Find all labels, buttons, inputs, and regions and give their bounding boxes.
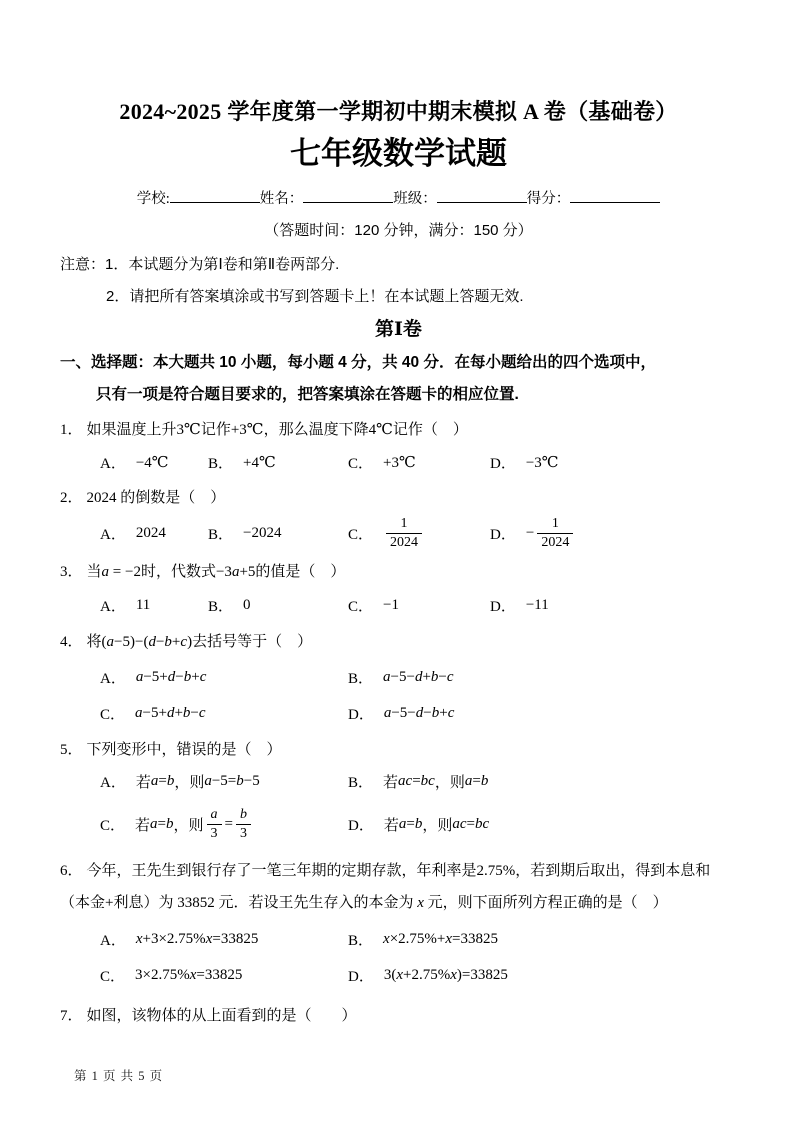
math-run: 2.75% [477,863,516,879]
math-variable: bc [421,773,435,790]
question-3: 3．当a = −2时，代数式−3a+5的值是（ ）A．11B．0C．−1D．−1… [60,562,737,616]
math-variable: d [167,705,175,722]
question-options: A．11B．0C．−1D．−11 [60,595,737,616]
math-variable: x [396,967,403,984]
question-number: 6． [60,863,83,879]
option-B: B．+4℃ [208,452,348,473]
page-number: 第 1 页 共 5 页 [74,1066,163,1084]
option-A: A．若a=b，则a−5=b−5 [100,771,348,792]
question-5: 5．下列变形中，错误的是（ ）A．若a=b，则a−5=b−5B．若ac=bc，则… [60,740,737,841]
math-variable: a [107,634,115,650]
option-label: B． [348,667,373,688]
text-run: 记作（ ） [393,422,468,438]
math-run: − [438,669,446,686]
student-info-row: 学校: 姓名： 班级： 得分： [60,187,737,208]
text-run: 的值是（ ） [255,564,345,580]
option-label: C． [100,814,125,835]
option-C: C．−1 [348,595,490,616]
option-label: B． [208,595,233,616]
math-run: = [158,816,166,833]
class-field: 班级： [393,187,527,208]
option-label: D． [490,523,516,544]
text-run: 若 [384,814,399,835]
name-field: 姓名： [260,187,394,208]
text-run: 今年，王先生到银行存了一笔三年期的定期存款，年利率是 [87,863,477,879]
text-run: 元．若设王先生存入的本金为 [215,895,418,911]
math-run: −5+ [143,705,167,722]
math-run: −1 [383,597,399,614]
notice-line-1: 注意：1．本试题分为第Ⅰ卷和第Ⅱ卷两部分. [60,249,737,281]
option-C: C．12024 [348,516,490,550]
math-run: ×2.75%+ [390,931,446,948]
math-run: = [158,773,166,790]
question-2: 2．2024 的倒数是（ ）A．2024B．−2024C．12024D．−120… [60,488,737,550]
score-blank-line [570,189,660,203]
math-variable: x [383,931,390,948]
school-blank-line [170,189,260,203]
option-label: B． [348,929,373,950]
math-run: = [406,816,414,833]
text-run: 去括号等于（ ） [192,634,312,650]
option-C: C．3×2.75%x=33825 [100,965,348,986]
text-run: 2024 的倒数是（ ） [87,490,226,506]
math-run: =33825 [452,931,498,948]
math-run: −5+ [143,669,167,686]
notice-block: 注意：1．本试题分为第Ⅰ卷和第Ⅱ卷两部分. 2．请把所有答案填涂或书写到答题卡上… [60,249,737,313]
option-label: D． [490,595,516,616]
math-variable: bc [475,816,489,833]
option-label: A． [100,523,126,544]
math-variable: d [148,634,156,650]
option-A: A．a−5+d−b+c [100,667,348,688]
option-C: C．若a=b，则a3=b3 [100,807,348,841]
math-run: + [174,705,182,722]
math-run: − [423,705,431,722]
question-number: 1． [60,422,83,438]
question-number: 3． [60,564,83,580]
math-variable: a [151,773,159,790]
math-variable: a [465,773,473,790]
class-label: 班级： [393,191,437,207]
option-C: C．a−5+d+b−c [100,703,348,724]
math-run: = [467,816,475,833]
text-run: 下列变形中，错误的是（ ） [87,742,282,758]
math-run: = −2 [109,564,141,580]
section-heading: 一、选择题：本大题共 10 小题，每小题 4 分，共 40 分．在每小题给出的四… [60,347,737,411]
math-run: +5 [239,564,255,580]
text-run: 元，则下面所列方程正确的是（ ） [424,895,668,911]
score-label: 得分： [527,191,571,207]
question-options: A．a−5+d−b+cB．a−5−d+b−cC．a−5+d+b−cD．a−5−d… [60,667,737,724]
question-stem: 2．2024 的倒数是（ ） [60,488,737,509]
math-variable: b [184,669,192,686]
question-1: 1．如果温度上升3℃记作+3℃，那么温度下降4℃记作（ ）A．−4℃B．+4℃C… [60,420,737,473]
math-run: = [412,773,420,790]
math-variable: b [164,634,172,650]
math-variable: x [206,931,213,948]
math-run: − [175,669,183,686]
math-run: 4℃ [369,422,393,438]
math-run: =33825 [212,931,258,948]
school-label: 学校: [137,191,170,207]
option-label: C． [348,523,373,544]
text-run: 时，代数式 [141,564,216,580]
math-run: +3×2.75% [143,931,206,948]
math-variable: a [204,773,212,790]
text-run: ，则 [435,771,465,792]
option-label: C． [348,452,373,473]
question-stem: 7．如图，该物体的从上面看到的是（ ） [60,1006,737,1027]
question-options: A．2024B．−2024C．12024D．−12024 [60,516,737,550]
math-variable: x [450,967,457,984]
option-A: A．x+3×2.75%x=33825 [100,929,348,950]
option-D: D．−12024 [490,516,737,550]
fraction: a3 [207,807,222,841]
option-D: D．3(x+2.75%x)=33825 [348,965,737,986]
math-variable: b [415,816,423,833]
math-variable: b [183,705,191,722]
text-run: ，则 [422,814,452,835]
math-run: −3℃ [526,453,559,472]
question-options: A．若a=b，则a−5=b−5B．若ac=bc，则a=bC．若a=b，则a3=b… [60,771,737,841]
questions: 1．如果温度上升3℃记作+3℃，那么温度下降4℃记作（ ）A．−4℃B．+4℃C… [60,420,737,1027]
math-variable: x [136,931,143,948]
question-stem: 1．如果温度上升3℃记作+3℃，那么温度下降4℃记作（ ） [60,420,737,441]
option-label: B． [208,452,233,473]
math-variable: x [445,931,452,948]
text-run: 如图，该物体的从上面看到的是（ ） [87,1008,357,1024]
math-run: 0 [243,597,251,614]
math-variable: ac [398,773,412,790]
math-variable: d [416,705,424,722]
math-variable: b [236,773,244,790]
question-options: A．−4℃B．+4℃C．+3℃D．−3℃ [60,452,737,473]
option-label: B． [208,523,233,544]
question-stem: 3．当a = −2时，代数式−3a+5的值是（ ） [60,562,737,583]
option-C: C．+3℃ [348,452,490,473]
text-run: 若 [136,771,151,792]
math-run: 3℃ [177,422,201,438]
math-variable: c [447,669,454,686]
school-field: 学校: [137,187,260,208]
option-B: B．x×2.75%+x=33825 [348,929,737,950]
math-variable: a [383,669,391,686]
exam-time-info: （答题时间：120 分钟，满分：150 分） [60,219,737,240]
question-number: 2． [60,490,83,506]
option-D: D．a−5−d−b+c [348,703,737,724]
question-number: 7． [60,1008,83,1024]
option-label: A． [100,595,126,616]
math-run: −5 [244,773,260,790]
math-variable: x [417,895,424,911]
option-D: D．若a=b，则ac=bc [348,814,737,835]
math-variable: b [432,705,440,722]
score-field: 得分： [527,187,661,208]
option-label: D． [348,703,374,724]
option-label: C． [348,595,373,616]
math-variable: d [168,669,176,686]
math-run: + [191,669,199,686]
name-label: 姓名： [260,191,304,207]
math-variable: b [167,773,175,790]
math-variable: a [135,705,143,722]
math-run: −5− [391,669,415,686]
option-label: A． [100,667,126,688]
math-run: +4℃ [243,453,276,472]
question-stem: 4．将(a−5)−(d−b+c)去括号等于（ ） [60,632,737,653]
class-blank-line [437,189,527,203]
question-6: 6．今年，王先生到银行存了一笔三年期的定期存款，年利率是2.75%，若到期后取出… [60,855,737,986]
option-label: D． [348,814,374,835]
math-run: + [439,705,447,722]
fraction: 12024 [537,516,573,550]
math-variable: a [150,816,158,833]
text-run: ，则 [174,814,204,835]
option-B: B．a−5−d+b−c [348,667,737,688]
option-label: C． [100,703,125,724]
option-label: C． [100,965,125,986]
text-run: 当 [87,564,102,580]
section-heading-line-1: 一、选择题：本大题共 10 小题，每小题 4 分，共 40 分．在每小题给出的四… [60,347,737,379]
option-label: B． [348,771,373,792]
option-D: D．−11 [490,595,737,616]
math-run: −5− [391,705,415,722]
option-label: A． [100,452,126,473]
name-blank-line [303,189,393,203]
text-run: 如果温度上升 [87,422,177,438]
option-A: A．−4℃ [100,452,208,473]
math-variable: b [481,773,489,790]
option-label: A． [100,771,126,792]
option-B: B．0 [208,595,348,616]
math-run: − [190,705,198,722]
math-variable: a [102,564,110,580]
option-B: B．−2024 [208,523,348,544]
math-run: −11 [526,597,549,614]
question-7: 7．如图，该物体的从上面看到的是（ ） [60,1006,737,1027]
math-run: −2024 [243,525,281,542]
math-run: − [526,525,534,542]
math-run: 11 [136,597,150,614]
math-variable: c [448,705,455,722]
math-run: 3( [384,967,397,984]
math-run: −5= [212,773,236,790]
option-D: D．−3℃ [490,452,737,473]
text-run: ，则 [174,771,204,792]
text-run: 若 [135,814,150,835]
math-run: =33825 [196,967,242,984]
text-run: ，那么温度下降 [264,422,369,438]
math-run: 3×2.75% [135,967,190,984]
math-variable: d [415,669,423,686]
exam-page: 2024~2025 学年度第一学期初中期末模拟 A 卷（基础卷） 七年级数学试题… [0,0,793,1122]
fraction: b3 [236,807,251,841]
question-4: 4．将(a−5)−(d−b+c)去括号等于（ ）A．a−5+d−b+cB．a−5… [60,632,737,724]
math-run: +2.75% [403,967,450,984]
math-run: −5)−( [114,634,148,650]
question-stem: 5．下列变形中，错误的是（ ） [60,740,737,761]
math-variable: ac [452,816,466,833]
text-run: 记作 [201,422,231,438]
math-variable: b [431,669,439,686]
math-run: +3℃ [383,453,416,472]
math-run: )=33825 [457,967,508,984]
exam-title: 2024~2025 学年度第一学期初中期末模拟 A 卷（基础卷） [60,98,737,126]
math-run: +3℃ [231,422,264,438]
option-B: B．若ac=bc，则a=b [348,771,737,792]
question-options: A．x+3×2.75%x=33825B．x×2.75%+x=33825C．3×2… [60,929,737,986]
question-stem: 6．今年，王先生到银行存了一笔三年期的定期存款，年利率是2.75%，若到期后取出… [60,855,737,919]
math-run: −3 [216,564,232,580]
exam-subtitle: 七年级数学试题 [60,135,737,172]
question-number: 5． [60,742,83,758]
math-run: 2024 [136,525,166,542]
math-variable: c [199,705,206,722]
math-variable: a [136,669,144,686]
math-variable: a [384,705,392,722]
math-variable: x [190,967,197,984]
math-run: 33852 [177,895,215,911]
math-run: + [422,669,430,686]
option-A: A．2024 [100,523,208,544]
option-label: D． [490,452,516,473]
option-label: D． [348,965,374,986]
math-run: = [225,816,233,833]
math-run: −4℃ [136,453,169,472]
section-heading-line-2: 只有一项是符合题目要求的，把答案填涂在答题卡的相应位置. [60,379,737,411]
question-number: 4． [60,634,83,650]
option-label: A． [100,929,126,950]
text-run: 若 [383,771,398,792]
math-run: = [472,773,480,790]
math-variable: c [200,669,207,686]
option-A: A．11 [100,595,208,616]
text-run: 将 [87,634,102,650]
math-variable: b [166,816,174,833]
notice-line-2: 2．请把所有答案填涂或书写到答题卡上！在本试题上答题无效. [60,281,737,313]
fraction: 12024 [386,516,422,550]
math-variable: a [399,816,407,833]
part-one-title: 第Ⅰ卷 [60,318,737,343]
